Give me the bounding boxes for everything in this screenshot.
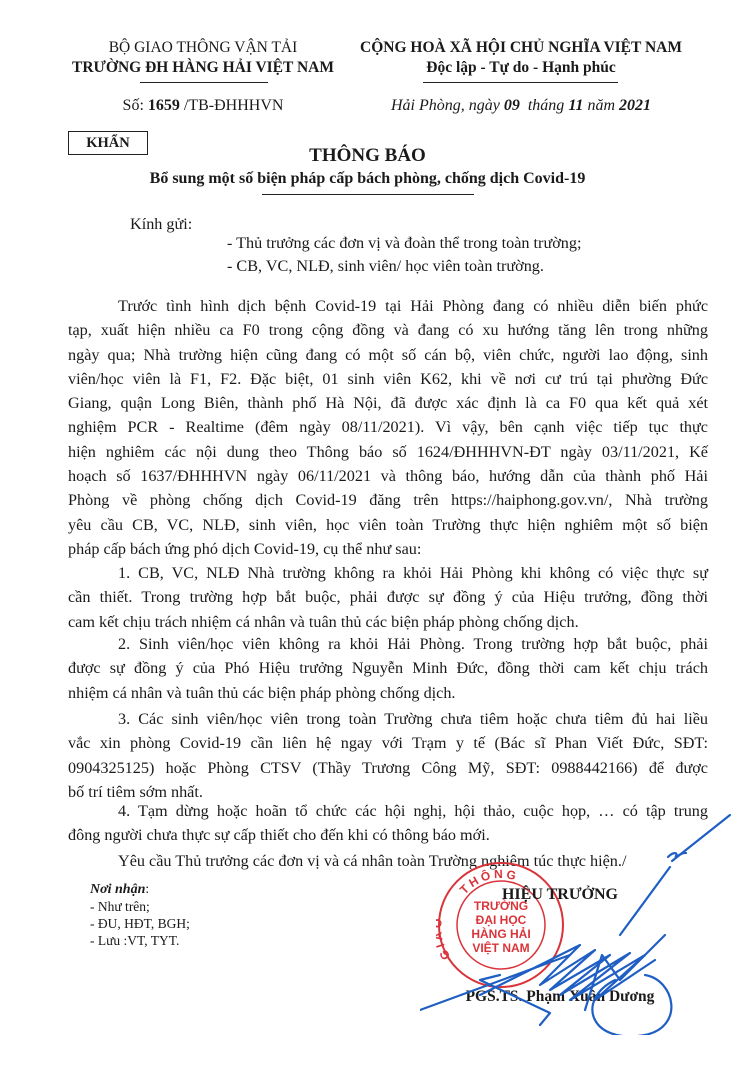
subtitle-underline: [262, 194, 474, 195]
paragraph-line: 4. Tạm dừng hoặc hoãn tổ chức các hội ng…: [68, 799, 708, 823]
item-2: 2. Sinh viên/học viên không ra khỏi Hải …: [68, 632, 708, 705]
paragraph-line: yêu cầu CB, VC, NLĐ, sinh viên, học viên…: [68, 513, 708, 537]
paragraph-line: pháp cấp bách ứng phó dịch Covid-19, cụ …: [68, 537, 708, 561]
item-4: 4. Tạm dừng hoặc hoãn tổ chức các hội ng…: [68, 799, 708, 848]
svg-text:ĐẠI HỌC: ĐẠI HỌC: [476, 913, 527, 927]
doc-no-suffix: /TB-ĐHHHVN: [180, 97, 284, 114]
national-header: CỘNG HOÀ XÃ HỘI CHỦ NGHĨA VIỆT NAM Độc l…: [340, 38, 702, 78]
paragraph-line: hiện nghiêm các nội dung theo Thông báo …: [68, 440, 708, 464]
date-year: 2021: [619, 97, 651, 114]
issuer-block: BỘ GIAO THÔNG VẬN TẢI TRƯỜNG ĐH HÀNG HẢI…: [68, 38, 338, 78]
doc-no-prefix: Số:: [123, 97, 148, 114]
paragraph-line: ngày qua; Nhà trường hiện cũng đang có m…: [68, 343, 708, 367]
date-day: 09: [504, 97, 520, 114]
issuer-underline: [140, 82, 268, 83]
paragraph-line: 3. Các sinh viên/học viên trong toàn Trư…: [68, 707, 708, 731]
document-title: THÔNG BÁO: [0, 145, 735, 167]
paragraph-line: viên/học viên là F1, F2. Đặc biệt, 01 si…: [68, 367, 708, 391]
svg-text:VIỆT NAM: VIỆT NAM: [472, 940, 529, 955]
recipient-1: - Thủ trưởng các đơn vị và đoàn thể tron…: [227, 234, 581, 253]
paragraph-line: Trước tình hình dịch bệnh Covid-19 tại H…: [68, 294, 708, 318]
motto-underline: [423, 82, 618, 83]
date-month: 11: [568, 97, 583, 114]
greeting: Kính gửi:: [130, 212, 192, 236]
signatory-name: PGS.TS. Phạm Xuân Dương: [440, 988, 680, 1006]
distribution-item: - Như trên;: [90, 898, 190, 915]
paragraph-line: 1. CB, VC, NLĐ Nhà trường không ra khỏi …: [68, 561, 708, 585]
svg-text:HÀNG HẢI: HÀNG HẢI: [471, 926, 530, 941]
distribution-item: - Lưu :VT, TYT.: [90, 932, 190, 949]
paragraph-line: vắc xin phòng Covid-19 cần liên hệ ngay …: [68, 731, 708, 755]
ministry-name: BỘ GIAO THÔNG VẬN TẢI: [68, 38, 338, 58]
official-stamp-icon: THÔNG GIAO TRƯỜNG ĐẠI HỌC HÀNG HẢI VIỆT …: [436, 860, 566, 990]
paragraph-line: cần thiết. Trong trường hợp bắt buộc, ph…: [68, 585, 708, 609]
paragraph-line: cam kết chịu trách nhiệm cá nhân và tuân…: [68, 610, 708, 634]
issue-date: Hải Phòng, ngày 09 tháng 11 năm 2021: [340, 97, 702, 115]
paragraph-line: được sự đồng ý của Phó Hiệu trưởng Nguyễ…: [68, 656, 708, 680]
date-prefix: Hải Phòng, ngày: [391, 97, 504, 114]
signatory-title: HIỆU TRƯỞNG: [440, 886, 680, 904]
distribution-item: - ĐU, HĐT, BGH;: [90, 915, 190, 932]
distribution-label: Nơi nhận: [90, 882, 145, 897]
item-1: 1. CB, VC, NLĐ Nhà trường không ra khỏi …: [68, 561, 708, 634]
paragraph-line: Phòng về phòng chống dịch Covid-19 đăng …: [68, 488, 708, 512]
paragraph-line: nghiệm PCR - Realtime (đêm ngày 08/11/20…: [68, 415, 708, 439]
paragraph-line: 0904325125) hoặc Phòng CTSV (Thầy Trương…: [68, 756, 708, 780]
paragraph-line: đông người chưa thực sự cấp thiết cho đế…: [68, 823, 708, 847]
university-name: TRƯỜNG ĐH HÀNG HẢI VIỆT NAM: [68, 58, 338, 78]
document-number: Số: 1659 /TB-ĐHHHVN: [68, 97, 338, 115]
distribution-list: Nơi nhận: - Như trên; - ĐU, HĐT, BGH; - …: [90, 880, 190, 949]
paragraph-line: hoạch số 1637/ĐHHHVN ngày 06/11/2021 và …: [68, 464, 708, 488]
date-year-label: năm: [583, 97, 619, 114]
date-month-label: tháng: [520, 97, 568, 114]
doc-no-value: 1659: [148, 97, 180, 114]
paragraph-line: 2. Sinh viên/học viên không ra khỏi Hải …: [68, 632, 708, 656]
paragraph-line: nhiệm cá nhân và tuân thủ các biện pháp …: [68, 681, 708, 705]
country-name: CỘNG HOÀ XÃ HỘI CHỦ NGHĨA VIỆT NAM: [340, 38, 702, 58]
paragraph-line: tạp, xuất hiện nhiều ca F0 trong cộng đồ…: [68, 318, 708, 342]
paragraph-line: Giang, quận Long Biên, thành phố Hà Nội,…: [68, 391, 708, 415]
national-motto: Độc lập - Tự do - Hạnh phúc: [340, 58, 702, 78]
item-3: 3. Các sinh viên/học viên trong toàn Trư…: [68, 707, 708, 804]
document-subtitle: Bổ sung một số biện pháp cấp bách phòng,…: [0, 170, 735, 188]
svg-text:GIAO: GIAO: [436, 915, 453, 962]
intro-paragraph: Trước tình hình dịch bệnh Covid-19 tại H…: [68, 294, 708, 561]
recipient-2: - CB, VC, NLĐ, sinh viên/ học viên toàn …: [227, 257, 544, 276]
